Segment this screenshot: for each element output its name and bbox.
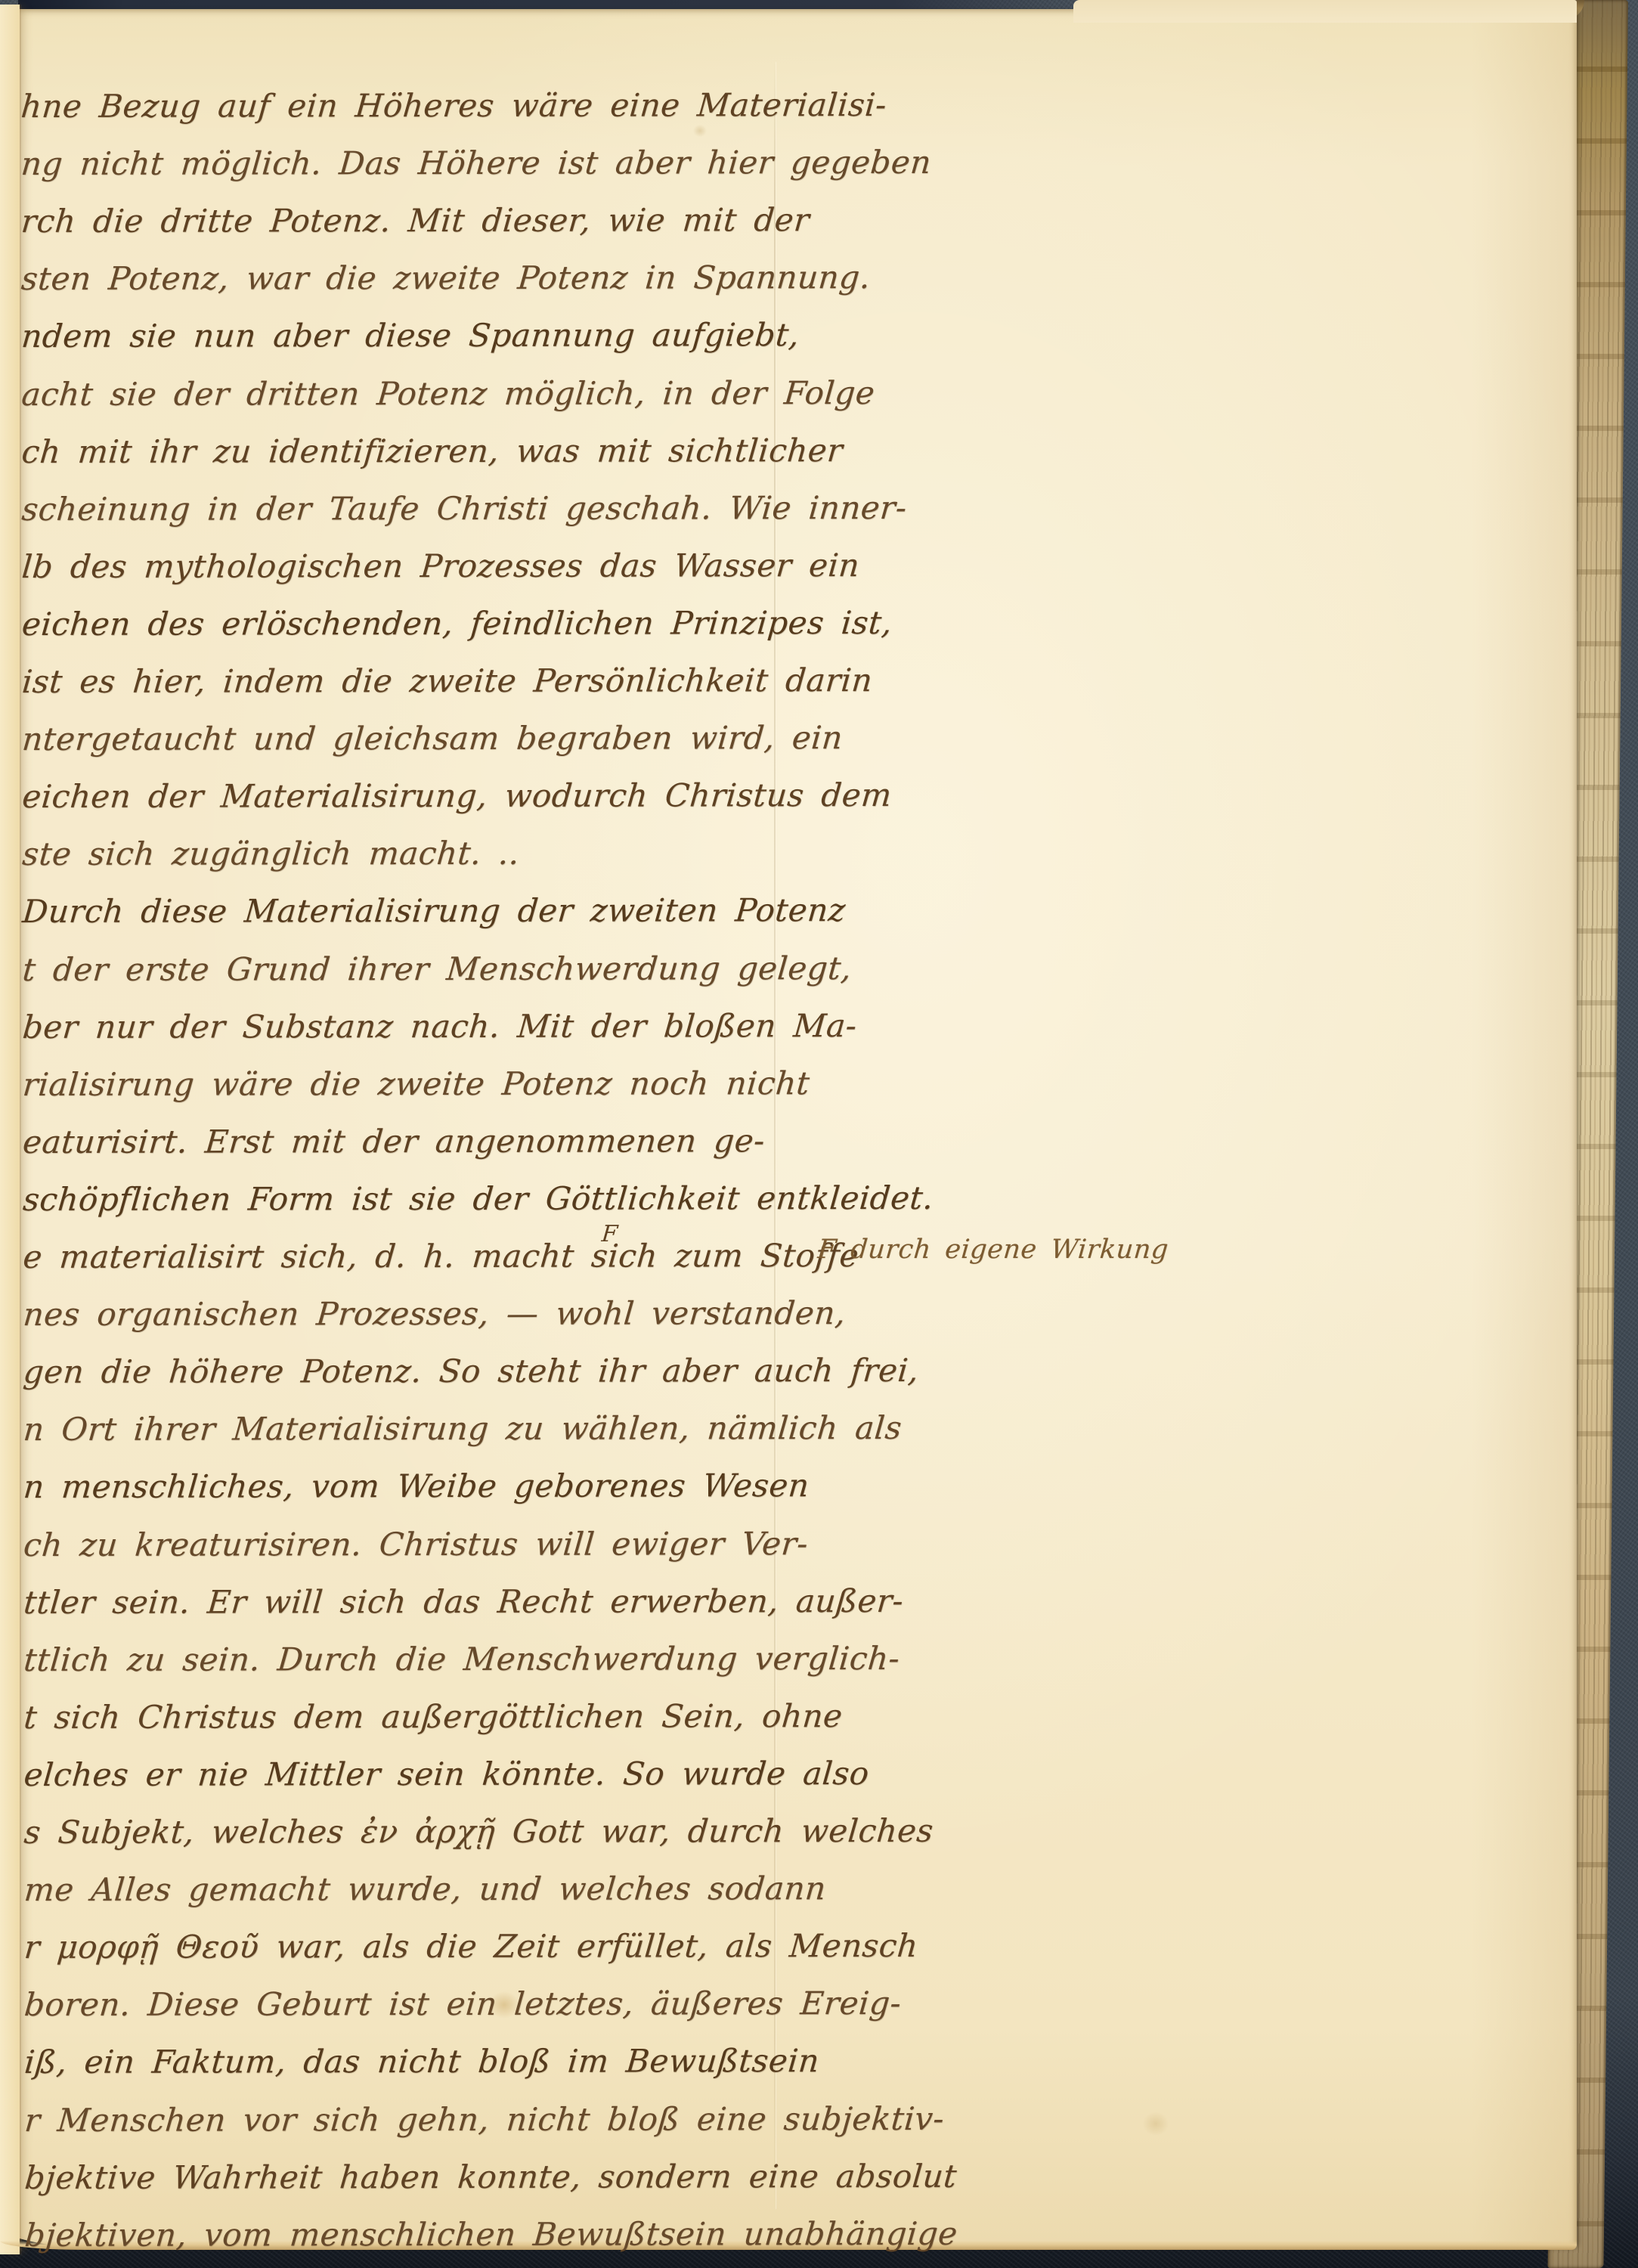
manuscript-line: ber nur der Substanz nach. Mit der bloße… [21,1005,859,1048]
manuscript-line: ch zu kreaturisiren. Christus will ewige… [22,1523,810,1566]
page-top-edge [1073,0,1577,23]
manuscript-line: sten Potenz, war die zweite Potenz in Sp… [20,257,872,299]
manuscript-line: schöpflichen Form ist sie der Göttlichke… [21,1178,935,1220]
manuscript-line: ist es hier, indem die zweite Persönlich… [20,660,875,702]
manuscript-line: me Alles gemacht wurde, und welches soda… [23,1868,828,1910]
manuscript-line: rch die dritte Potenz. Mit dieser, wie m… [20,200,811,242]
manuscript-line: ste sich zugänglich macht. .. [20,833,521,875]
paper-stain [1138,2108,1173,2139]
manuscript-line: eichen der Materialisirung, wodurch Chri… [20,775,893,817]
margin-note: F durch eigene Wirkung [816,1234,1169,1266]
manuscript-line: nes organischen Prozesses, — wohl versta… [21,1293,847,1335]
manuscript-line: t der erste Grund ihrer Menschwerdung ge… [21,948,853,990]
manuscript-line: ng nicht möglich. Das Höhere ist aber hi… [20,142,934,184]
manuscript-line: acht sie der dritten Potenz möglich, in … [20,373,876,415]
manuscript-line: rialisirung wäre die zweite Potenz noch … [21,1063,811,1105]
manuscript-line: n Ort ihrer Materialisirung zu wählen, n… [22,1408,904,1450]
manuscript-line: elches er nie Mittler sein könnte. So wu… [23,1753,872,1795]
manuscript-line: eaturisirt. Erst mit der angenommenen ge… [21,1120,766,1163]
insertion-mark-f: F [601,1222,619,1247]
manuscript-line: lb des mythologischen Prozesses das Wass… [20,545,862,587]
manuscript-line: gen die höhere Potenz. So steht ihr aber… [22,1350,921,1393]
manuscript-line: e materialisirt sich, d. h. macht sich z… [21,1235,860,1278]
manuscript-line: boren. Diese Geburt ist ein letztes, äuß… [23,1983,903,2025]
manuscript-line: s Subjekt, welches ἐν ἀρχῇ Gott war, dur… [23,1811,935,1853]
manuscript-line: ttlich zu sein. Durch die Menschwerdung … [22,1638,901,1681]
manuscript-line: r Menschen vor sich gehn, nicht bloß ein… [23,2098,946,2140]
manuscript-line: ndem sie nun aber diese Spannung aufgieb… [20,315,800,358]
manuscript-line: iß, ein Faktum, das nicht bloß im Bewußt… [23,2041,821,2084]
manuscript-line: Durch diese Materialisirung der zweiten … [21,890,847,932]
manuscript-line: ttler sein. Er will sich das Recht erwer… [22,1581,905,1623]
manuscript-line: eichen des erlöschenden, feindlichen Pri… [20,603,894,645]
manuscript-line: hne Bezug auf ein Höheres wäre eine Mate… [20,85,889,127]
manuscript-line: ch mit ihr zu identifizieren, was mit si… [20,430,844,472]
manuscript-line: n menschliches, vom Weibe geborenes Wese… [22,1466,811,1508]
book-photo: hne Bezug auf ein Höheres wäre eine Mate… [0,0,1638,2268]
handwritten-text-block: hne Bezug auf ein Höheres wäre eine Mate… [19,0,884,2268]
manuscript-line: bjektive Wahrheit haben konnte, sondern … [23,2155,958,2198]
manuscript-line: ntergetaucht und gleichsam begraben wird… [20,717,844,760]
gutter-strip [0,5,20,2254]
manuscript-line: bjektiven, vom menschlichen Bewußtsein u… [23,2214,959,2256]
manuscript-line: scheinung in der Taufe Christi geschah. … [20,488,909,530]
manuscript-line: r μορφῇ Θεοῦ war, als die Zeit erfüllet,… [23,1926,920,1968]
manuscript-line: t sich Christus dem außergöttlichen Sein… [22,1696,844,1738]
